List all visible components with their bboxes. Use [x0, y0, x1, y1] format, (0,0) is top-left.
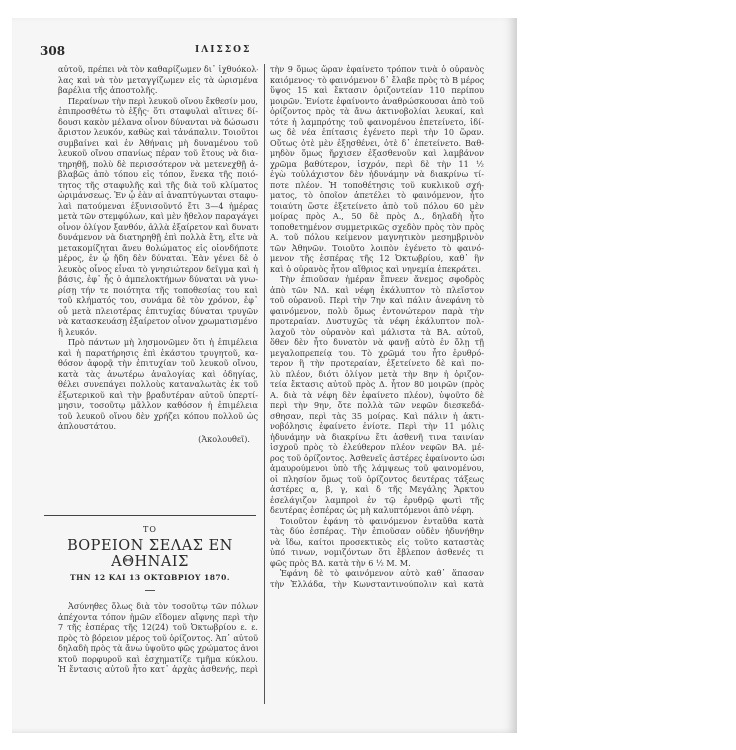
text-line: Περαίνων τὴν περὶ λευκοῦ οἴνου ἔκθεσίν μ…	[58, 96, 258, 107]
article-subtitle: ΤΗΝ 12 ΚΑΙ 13 ΟΚΤΩΒΡΙΟΥ 1870.	[44, 573, 256, 582]
text-line: ἐπιπροσθέτω τὸ ἑξῆς· ὅτι σταφυλαὶ αἵτινε…	[58, 106, 258, 117]
text-line: Α. τοῦ πόλου κείμενον μαγνητικὸν μεσημβρ…	[270, 232, 484, 243]
article-title: ΒΟΡΕΙΟΝ ΣΕΛΑΣ ΕΝ ΑΘΗΝΑΙΣ	[44, 538, 256, 570]
text-line: ἐσελάγιζον λαμπροὶ ἐν τῷ ἐρυθρῷ φωτὶ τῆς	[270, 495, 484, 506]
text-line: 7 τῆς ἑσπέρας τῆς 12(24) τοῦ Ὀκτωβρίου ε…	[58, 622, 258, 633]
article-pre-title: ΤΟ	[44, 525, 256, 534]
text-line: Πρὸ πάντων μὴ λησμονῶμεν ὅτι ἡ ἐπιμέλεια	[58, 337, 258, 348]
text-line: ρος τοῦ ὁρίζοντος. Ἀσθενεῖς ἀστέρες ἐφαί…	[270, 453, 484, 464]
left-column: αὐτοῦ, πρέπει νὰ τὸν καθαρίζωμεν δι᾽ ἰχθ…	[58, 64, 258, 444]
heading-dash	[145, 590, 155, 591]
text-line: προτεραίαν. Δυστυχῶς τὰ νέφη ἐκάλυπτον π…	[270, 316, 484, 327]
text-line: ἁπλουστάτου.	[58, 421, 258, 432]
text-line: αὐτοῦ, πρέπει νὰ τὸν καθαρίζωμεν δι᾽ ἰχθ…	[58, 64, 258, 75]
text-line: Ἐφάνη δὲ τὸ φαινόμενον αὐτὸ καθ᾽ ἅπασαν	[270, 568, 484, 579]
text-line: ὡριμάνσεως. Ἐν ᾧ ἐὰν αἱ ἀναπτύγωνται στα…	[58, 190, 258, 201]
text-line: περὶ τὴν 9ην, ὅτε πολλὰ τῶν νεφῶν διεσκε…	[270, 400, 484, 411]
text-line: ρίσῃ τήν τε ποιότητα τῆς τοποθεσίας του …	[58, 285, 258, 296]
text-line: νὰ κατασκευάσῃ ἐξαίρετον οἶνον χρωματισμ…	[58, 316, 258, 327]
text-line: τεία ἔκτασις αὐτοῦ πρὸς Δ. ἦτον 80 μοιρῶ…	[270, 379, 484, 390]
text-line: ἢ λευκόν.	[58, 327, 258, 338]
text-line: τοῦ λευκοῦ οἴνου δὲν χρήζει κόπου πολλοῦ…	[58, 411, 258, 422]
text-line: τὰς δύο ἑσπέρας. Τὴν ἐπιοῦσαν οὐδὲν ἠδυν…	[270, 526, 484, 537]
text-line: ἐξωτερικοῦ καὶ τὴν βραδυτέραν αὐτοῦ ὑπερ…	[58, 390, 258, 401]
text-line: μοίρας πρὸς Α., 50 δὲ πρὸς Δ., δηλαδὴ ἦτ…	[270, 211, 484, 222]
text-line: ἐγὼ τοὐλάχιστον δὲν ἠδυνάμην νὰ διακρίνω…	[270, 169, 484, 180]
text-line: σθησαν, περὶ τὰς 35 μοίρας. Καὶ πάλιν ἡ …	[270, 411, 484, 422]
text-line: οἶνον ὀλίγον ξανθόν, ἀλλὰ ἐξαίρετον καὶ …	[58, 222, 258, 233]
text-line: τῶν Ἀθηνῶν. Τοιοῦτο λοιπὸν ἐγένετο τὸ φα…	[270, 243, 484, 254]
text-line: τερον ἢ τὴν προτεραίαν, ἐξετείνετο δὲ κα…	[270, 358, 484, 369]
text-line: τητος τῆς σταφυλῆς καὶ τῆς διὰ τοῦ κλίμα…	[58, 180, 258, 191]
text-line: λευκοῦ οἴνου σπανίως πέραν τοῦ ἔτους νὰ …	[58, 148, 258, 159]
text-line: δηλαδὴ πρὸς τὰ ἄνω ὑψοῦτο φῶς χρώματος ἀ…	[58, 643, 258, 654]
section-rule	[44, 515, 256, 516]
text-line: λὺ πλέον, διότι ὀλίγον μετὰ τὴν 8ην ἡ ὁρ…	[270, 369, 484, 380]
text-line: ὕψος 15 καὶ ἔκτασιν ὁριζοντείαν 110 περί…	[270, 85, 484, 96]
text-line: νοβόλησις ἐφαίνετο ἐνίοτε. Περὶ τὴν 11 μ…	[270, 421, 484, 432]
text-line: τοιαύτη ὥστε ἐξετείνετο ἀπὸ τοῦ πόλου 60…	[270, 201, 484, 212]
text-line: ἀστέρες α, β, γ, καὶ δ τῆς Μεγάλης Ἄρκτο…	[270, 484, 484, 495]
text-line: φῶς πρὸς ΒΔ. κατὰ τὴν 6 ½ Μ. Μ.	[270, 558, 484, 569]
text-line: θόσον ἀφορᾷ τὴν ἐπιτυχίαν τοῦ λευκοῦ οἴν…	[58, 358, 258, 369]
text-line: Ἀσύνηθες ὅλως διὰ τὸν τοσοῦτῳ τῶν πόλων	[58, 601, 258, 612]
text-line: βάσις, ἐφ᾽ ἧς ὁ ἀμπελοκτήμων δύναται νὰ …	[58, 274, 258, 285]
text-line: ὑπό τινων, νομιζόντων ὅτι ἔβλεπον ἀσθενέ…	[270, 547, 484, 558]
text-line: ἀπὸ τῶν ΝΔ. καὶ νέφη ἐκάλυπτον τὸ πλεῖστ…	[270, 285, 484, 296]
right-column: τὴν 9 ὅμως ὥραν ἐφαίνετο τρόπον τινὰ ὁ ο…	[270, 64, 484, 589]
text-line: λαχοῦ τὸν οὐρανὸν καὶ μάλιστα τὰ ΒΑ. αὐτ…	[270, 327, 484, 338]
text-line: συμβαίνει καὶ ἐν Ἀθήναις μὴ δυναμένου το…	[58, 138, 258, 149]
text-line: νὰ ἴδω, καίτοι προσεκτικὸς εἰς τοῦτο κατ…	[270, 537, 484, 548]
text-line: λευκὸς οἶνος εἶναι τὸ γνησιώτερον δεῖγμα…	[58, 264, 258, 275]
text-line: λαὶ πατούμεναι ἐξυνισοῦντό ἔτι 3—4 ἡμέρα…	[58, 201, 258, 212]
text-line: φαινόμενον, πολὺ ὅμως ἐντονώτερον παρὰ τ…	[270, 306, 484, 317]
article-heading: ΤΟ ΒΟΡΕΙΟΝ ΣΕΛΑΣ ΕΝ ΑΘΗΝΑΙΣ ΤΗΝ 12 ΚΑΙ 1…	[44, 525, 256, 591]
text-line: μησιν, τοσοῦτῳ μᾶλλον καθόσον ἡ ἐπιμέλει…	[58, 400, 258, 411]
text-line: λας καὶ νὰ τὸν μεταγγίζωμεν εἰς τὰ ὡρισμ…	[58, 75, 258, 86]
text-line: θέλει συνεπάγει πολλοὺς καταναλωτὰς ἐκ τ…	[58, 379, 258, 390]
page-number: 308	[40, 44, 65, 58]
text-line: ως δὲ νέα ἐπίτασις ἐγένετο περὶ τὴν 10 ὥ…	[270, 127, 484, 138]
text-line: μοιρῶν. Ἐνίοτε ἐφαίνοντο ἀναθρώσκουσαι ἀ…	[270, 96, 484, 107]
text-line: δυνάμενον νὰ διατηρηθῇ ἐπὶ πολλὰ ἔτη, εἴ…	[58, 232, 258, 243]
text-line: ἄριστον λευκόν, καθὼς καὶ τἀνάπαλιν. Τοι…	[58, 127, 258, 138]
text-line: βλαβῶς ἀπὸ τόπου εἰς τόπον, ἕνεκα τῆς πο…	[58, 169, 258, 180]
continued-note: (Ἀκολουθεῖ).	[58, 434, 258, 445]
scanned-page: 308 ΙΛΙΣΣΟΣ αὐτοῦ, πρέπει νὰ τὸν καθαρίζ…	[12, 18, 517, 733]
text-line: Ἡ ἔντασις αὐτοῦ ἦτο κατ᾽ ἀρχὰς ἀσθενής, …	[58, 664, 258, 675]
text-line: ἠδυνάμην νὰ διακρίνω ἔτι ἀσθενῆ τινα ται…	[270, 432, 484, 443]
text-line: πρὸς τὸ βόρειον μέρος τοῦ ὁρίζοντος. Ἀπ᾽…	[58, 633, 258, 644]
text-line: τότε ἡ λαμπρότης τοῦ φαινομένου ἐπετείνε…	[270, 117, 484, 128]
text-line: μετακομίζηται ἄνευ θολώματος εἰς οἱονδήπ…	[58, 243, 258, 254]
text-line: οὗ μετὰ πλειοτέρας ἐπιτυχίας δύναται τρυ…	[58, 306, 258, 317]
text-line: μενον τῆς ἑσπέρας τῆς 12 Ὀκτωβρίου, καθ᾽…	[270, 253, 484, 264]
text-line: μέρος, ἐν ᾧ ἤδη δὲν δύναται. Ἐὰν γένει δ…	[58, 253, 258, 264]
text-line: ὅθεν δὲν ἦτο δυνατὸν νὰ φανῇ αὐτὸ ἐν ὅλῃ…	[270, 337, 484, 348]
text-line: ποτε πλέον. Ἡ τοποθέτησις τοῦ κυκλικοῦ σ…	[270, 180, 484, 191]
text-line: Τὴν ἐπιοῦσαν ἡμέραν ἔπνεεν ἄνεμος σφοδρὸ…	[270, 274, 484, 285]
text-line: τὴν Ἑλλάδα, τὴν Κωνσταντινούπολιν καὶ κα…	[270, 579, 484, 590]
column-divider	[264, 64, 265, 704]
text-line: καὶ ὁ οὐρανὸς ἦτον αἴθριος καὶ νηνεμία ἐ…	[270, 264, 484, 275]
text-line: Τοιοῦτον ἐφάνη τὸ φαινόμενον ἐνταῦθα κατ…	[270, 516, 484, 527]
article-body: Ἀσύνηθες ὅλως διὰ τὸν τοσοῦτῳ τῶν πόλωνἀ…	[58, 601, 258, 675]
text-line: τὴν 9 ὅμως ὥραν ἐφαίνετο τρόπον τινὰ ὁ ο…	[270, 64, 484, 75]
text-line: Οὕτως ὁτὲ μὲν ἐξησθένει, ὁτὲ δ᾽ ἐπετείνε…	[270, 138, 484, 149]
text-line: ἀπέχοντα τόπον ἡμῶν εἴδομεν αἴφνης περὶ …	[58, 612, 258, 623]
text-line: ἰσχροῦ πρὸς τὸ ἐλεύθερον πλέον νεφῶν ΒΑ.…	[270, 442, 484, 453]
text-line: Α. διὰ τὰ νέφη δὲν ἐφαίνετο πλέον), ὑψοῦ…	[270, 390, 484, 401]
text-line: καὶ ἡ παρατήρησις ἐπὶ ἑκάστου τρυγητοῦ, …	[58, 348, 258, 359]
text-line: χρῶμα βαθύτερον, ἰσχρόν, περὶ δὲ τὴν 11 …	[270, 159, 484, 170]
text-line: τοῦ κλήματός του, συνάμα δὲ τὸν χρόνον, …	[58, 295, 258, 306]
text-line: μεγαλοπρεπείᾳ του. Τὸ χρῶμά του ἦτο ἐρυθ…	[270, 348, 484, 359]
text-line: τοποθετημένον συμμετρικῶς σχεδὸν πρὸς τὸ…	[270, 222, 484, 233]
journal-title: ΙΛΙΣΣΟΣ	[195, 45, 251, 55]
text-line: ματος, τὸ ὁποῖον ἀπετέλει τὸ φαινόμενον,…	[270, 190, 484, 201]
text-line: ὁρίζοντος πρὸς τὰ ἄνω ἀκτινοβολίαι λευκα…	[270, 106, 484, 117]
text-line: δουσι κακὸν μέλανα οἶνον δύνανται νὰ δώσ…	[58, 117, 258, 128]
text-line: βαρέλια τῆς ἀποστολῆς.	[58, 85, 258, 96]
text-line: δευτέρας ἑσπέρας ὡς μὴ καλυπτόμενοι ἀπὸ …	[270, 505, 484, 516]
text-line: τηρηθῇ, πολὺ δὲ περισσότερον νὰ μετενεχθ…	[58, 159, 258, 170]
text-line: μηδὸν ὅμως ἤρχισεν ἐξασθενοῦν καὶ λαμβάν…	[270, 148, 484, 159]
text-line: καιόμενος· τὸ φαινόμενον δ᾽ ἔλαβε πρὸς τ…	[270, 75, 484, 86]
text-line: κατὰ τὰς ἀνωτέρω ἀναλογίας καὶ ὁδηγίας,	[58, 369, 258, 380]
running-head: 308 ΙΛΙΣΣΟΣ	[40, 44, 510, 58]
text-line: οἱ πλησίον ὅμως τοῦ ὁρίζοντος δευτέρας τ…	[270, 474, 484, 485]
text-line: μετὰ τῶν στεμφύλων, καὶ μὲν ἤθελον παραγ…	[58, 211, 258, 222]
text-line: κτοῦ πορφυροῦ καὶ ἐσχηματίζε τμῆμα κύκλο…	[58, 654, 258, 665]
text-line: τοῦ οὐρανοῦ. Περὶ τὴν 7ην καὶ πάλιν ἀνεφ…	[270, 295, 484, 306]
text-line: ἀμαυρούμενοι ὑπὸ τῆς λάμψεως τοῦ φαινομέ…	[270, 463, 484, 474]
